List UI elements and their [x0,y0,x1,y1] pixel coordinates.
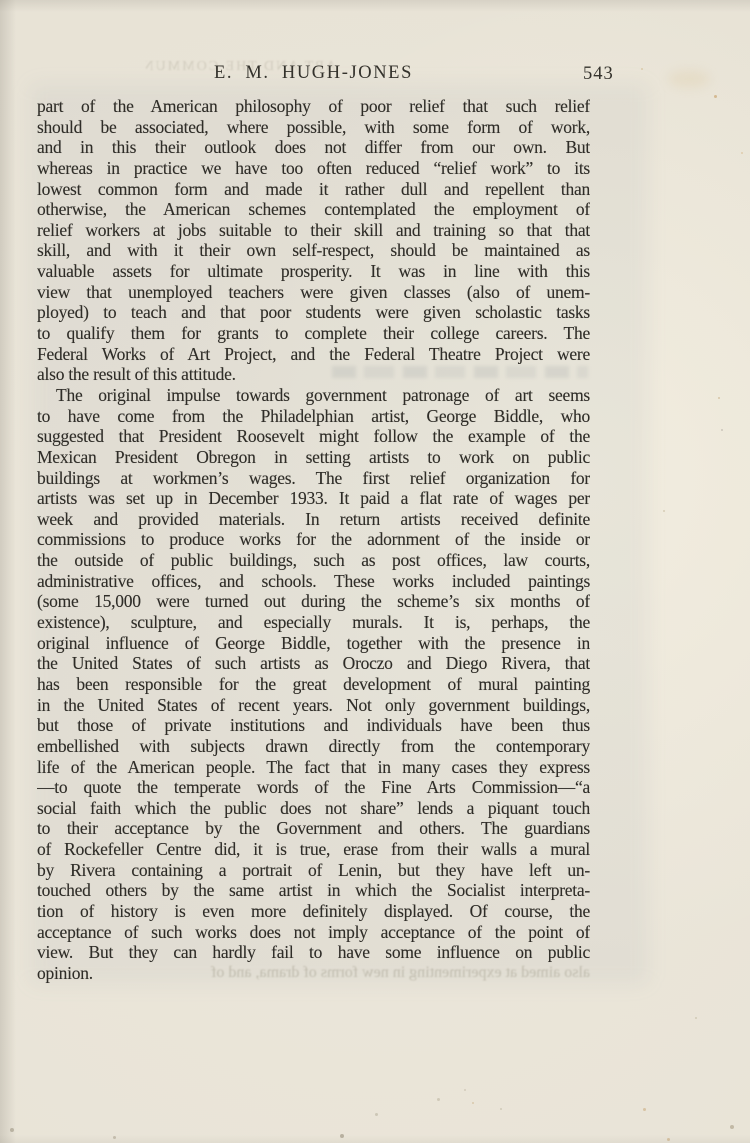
text-line: also the result of this attitude. [37,364,590,385]
text-line: Federal Works of Art Project, and the Fe… [37,344,590,365]
text-line: relief workers at jobs suitable to their… [37,220,590,241]
running-head-author: E. M. HUGH-JONES [37,62,590,84]
text-line: life of the American people. The fact th… [37,757,590,778]
foxing-speck [667,1138,670,1141]
foxing-speck [718,397,720,399]
foxing-speck [375,1113,378,1116]
text-line: artists was set up in December 1933. It … [37,488,590,509]
foxing-speck [641,68,643,70]
text-line: part of the American philosophy of poor … [37,96,590,117]
text-line: the United States of such artists as Oro… [37,653,590,674]
text-line: and in this their outlook does not diffe… [37,137,590,158]
text-line: The original impulse towards government … [37,385,590,406]
text-line: social faith which the public does not s… [37,798,590,819]
text-line: opinion. [37,963,590,984]
text-line: embellished with subjects drawn directly… [37,736,590,757]
text-line: buildings at workmen’s wages. The first … [37,468,590,489]
foxing-speck [663,510,665,512]
foxing-speck [741,152,743,154]
foxing-speck [10,1128,14,1132]
text-line: by Rivera containing a portrait of Lenin… [37,860,590,881]
text-line: view. But they can hardly fail to have s… [37,942,590,963]
text-line: the outside of public buildings, such as… [37,550,590,571]
foxing-speck [340,1134,344,1138]
text-line: of Rockefeller Centre did, it is true, e… [37,839,590,860]
text-line: should be associated, where possible, wi… [37,117,590,138]
page-number: 543 [583,63,628,85]
text-line: skill, and with it their own self-respec… [37,240,590,261]
scanned-book-page: ART AND THE COMMUNITY also aimed at expe… [0,0,750,1143]
text-line: has been responsible for the great devel… [37,674,590,695]
text-line: suggested that President Roosevelt might… [37,426,590,447]
foxing-speck [500,1108,502,1110]
text-line: —to quote the temperate words of the Fin… [37,777,590,798]
foxing-speck [113,1136,116,1139]
text-line: lowest common form and made it rather du… [37,179,590,200]
foxing-speck [472,1102,474,1104]
text-line: touched others by the same artist in whi… [37,880,590,901]
text-line: otherwise, the American schemes contempl… [37,199,590,220]
foxing-speck [730,1125,734,1129]
foxing-speck [643,1108,646,1111]
text-block: part of the American philosophy of poor … [37,96,590,984]
text-line: acceptance of such works does not imply … [37,922,590,943]
foxing-speck [464,1089,466,1091]
text-line: original influence of George Biddle, tog… [37,633,590,654]
text-line: ployed) to teach and that poor students … [37,302,590,323]
text-line: administrative offices, and schools. The… [37,571,590,592]
text-line: but those of private institutions and in… [37,715,590,736]
text-line: week and provided materials. In return a… [37,509,590,530]
paper-blotch [668,70,710,88]
foxing-speck [437,1098,440,1101]
text-line: whereas in practice we have too often re… [37,158,590,179]
text-line: in the United States of recent years. No… [37,695,590,716]
text-line: (some 15,000 were turned out during the … [37,591,590,612]
text-line: tion of history is even more definitely … [37,901,590,922]
text-line: view that unemployed teachers were given… [37,282,590,303]
text-line: Mexican President Obregon in setting art… [37,447,590,468]
foxing-speck [721,429,723,431]
text-line: commissions to produce works for the ado… [37,529,590,550]
scan-edge-shadow-left [0,0,16,1143]
text-line: to qualify them for grants to complete t… [37,323,590,344]
text-line: to have come from the Philadelphian arti… [37,406,590,427]
scan-edge-shadow-top [0,0,750,12]
text-line: existence), sculpture, and especially mu… [37,612,590,633]
text-line: valuable assets for ultimate prosperity.… [37,261,590,282]
text-line: to their acceptance by the Government an… [37,818,590,839]
foxing-speck [714,95,717,98]
foxing-speck [695,1017,697,1019]
